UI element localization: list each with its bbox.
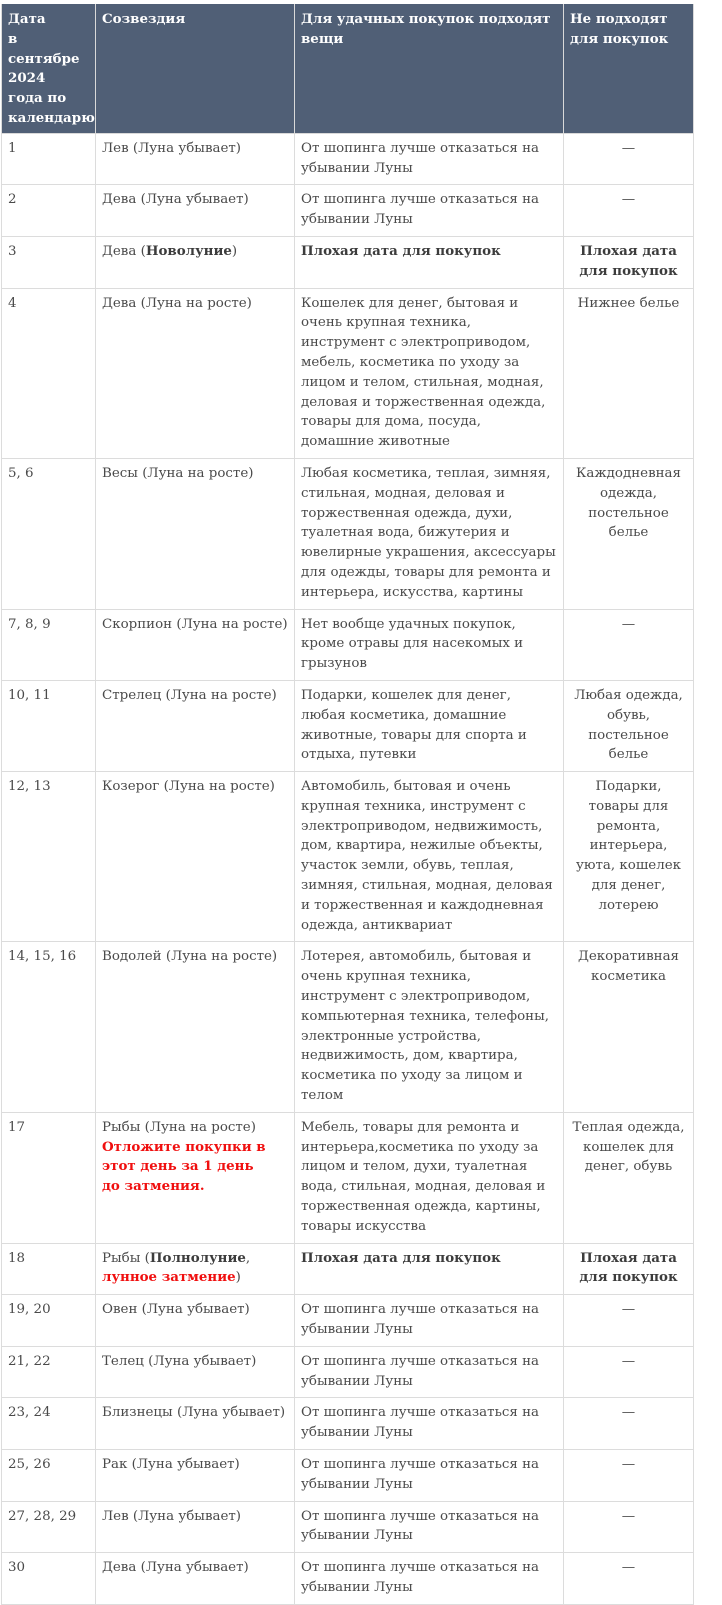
constellation-cell: Рыбы (Луна на росте)Отложите покупки в э…: [96, 1112, 295, 1243]
good-purchases-cell: От шопинга лучше отказаться на убывании …: [295, 1450, 564, 1502]
good-purchases-cell: От шопинга лучше отказаться на убывании …: [295, 1346, 564, 1398]
moon-phase: (Луна на росте): [141, 296, 252, 311]
bad-purchases-cell: Каждодневная одежда, постельное белье: [564, 458, 694, 609]
good-purchases-cell: Нет вообще удачных покупок, кроме отравы…: [295, 609, 564, 680]
date-cell: 25, 26: [2, 1450, 96, 1502]
sign-name: Водолей: [102, 949, 162, 964]
date-cell: 30: [2, 1553, 96, 1586]
table-row: 14, 15, 16Водолей (Луна на росте)Лотерея…: [2, 942, 694, 1112]
date-cell: 4: [2, 288, 96, 458]
table-header-row: Дата в сентябре 2024 года по календарю С…: [2, 4, 694, 133]
good-purchases-cell: Кошелек для денег, бытовая и очень крупн…: [295, 288, 564, 458]
constellation-cell: Дева (Луна убывает): [96, 1553, 295, 1586]
constellation-cell: Дева (Луна на росте): [96, 288, 295, 458]
good-purchases-cell: Мебель, товары для ремонта и интерьера,к…: [295, 1112, 564, 1243]
moon-phase: (Луна убывает): [132, 1457, 240, 1472]
sign-name: Лев: [102, 141, 129, 156]
bad-purchases-cell: —: [564, 133, 694, 185]
table-row: 19, 20Овен (Луна убывает)От шопинга лучш…: [2, 1295, 694, 1347]
table-row: 3Дева (Новолуние)Плохая дата для покупок…: [2, 236, 694, 288]
bad-purchases-cell: —: [564, 1398, 694, 1450]
sign-name: Рыбы: [102, 1120, 140, 1135]
good-purchases-cell: От шопинга лучше отказаться на убывании …: [295, 1398, 564, 1450]
date-cell: 12, 13: [2, 772, 96, 942]
good-purchases-cell: Плохая дата для покупок: [295, 236, 564, 288]
date-cell: 27, 28, 29: [2, 1501, 96, 1553]
table-row: 1Лев (Луна убывает)От шопинга лучше отка…: [2, 133, 694, 185]
eclipse-label: лунное затмение: [102, 1269, 236, 1285]
sign-name: Рак: [102, 1457, 127, 1472]
bad-purchases-cell: —: [564, 185, 694, 237]
sign-name: Дева: [102, 244, 136, 259]
date-cell: 1: [2, 133, 96, 185]
good-purchases-cell: От шопинга лучше отказаться на убывании …: [295, 1553, 564, 1586]
moon-phase: (Луна на росте): [164, 779, 275, 794]
date-cell: 14, 15, 16: [2, 942, 96, 1112]
sign-name: Козерог: [102, 779, 159, 794]
moon-phase: (Луна убывает): [141, 1560, 249, 1575]
table-row: 23, 24Близнецы (Луна убывает)От шопинга …: [2, 1398, 694, 1450]
table-row: 30Дева (Луна убывает)От шопинга лучше от…: [2, 1553, 694, 1586]
bad-purchases-cell: —: [564, 1346, 694, 1398]
good-purchases-cell: От шопинга лучше отказаться на убывании …: [295, 133, 564, 185]
bad-purchases-cell: —: [564, 1295, 694, 1347]
moon-phase: (Луна на росте): [165, 688, 276, 703]
date-cell: 5, 6: [2, 458, 96, 609]
sign-name: Овен: [102, 1302, 137, 1317]
date-cell: 21, 22: [2, 1346, 96, 1398]
table-row: 18Рыбы (Полнолуние,лунное затмение)Плоха…: [2, 1243, 694, 1295]
moon-phase: (Луна на росте): [145, 1120, 256, 1135]
moon-phase: (Луна на росте): [176, 617, 287, 632]
date-cell: 3: [2, 236, 96, 288]
bad-purchases-cell: Плохая дата для покупок: [564, 236, 694, 288]
moon-phase: (Луна убывает): [133, 1509, 241, 1524]
header-date: Дата в сентябре 2024 года по календарю: [2, 4, 96, 133]
constellation-cell: Овен (Луна убывает): [96, 1295, 295, 1347]
constellation-cell: Дева (Луна убывает): [96, 185, 295, 237]
bad-purchases-cell: —: [564, 1501, 694, 1553]
bad-purchases-cell: —: [564, 609, 694, 680]
constellation-cell: Телец (Луна убывает): [96, 1346, 295, 1398]
table-body: 1Лев (Луна убывает)От шопинга лучше отка…: [2, 133, 694, 1586]
good-purchases-cell: Лотерея, автомобиль, бытовая и очень кру…: [295, 942, 564, 1112]
constellation-cell: Козерог (Луна на росте): [96, 772, 295, 942]
moon-phase: (Луна на росте): [166, 949, 277, 964]
constellation-cell: Лев (Луна убывает): [96, 133, 295, 185]
constellation-cell: Рак (Луна убывает): [96, 1450, 295, 1502]
table-row: 25, 26Рак (Луна убывает)От шопинга лучше…: [2, 1450, 694, 1502]
good-purchases-cell: От шопинга лучше отказаться на убывании …: [295, 185, 564, 237]
good-purchases-cell: От шопинга лучше отказаться на убывании …: [295, 1295, 564, 1347]
warning-text: Отложите покупки в этот день за 1 день: [102, 1139, 266, 1175]
sign-name: Скорпион: [102, 617, 172, 632]
date-cell: 23, 24: [2, 1398, 96, 1450]
warning-text: до затмения.: [102, 1178, 204, 1194]
sign-name: Дева: [102, 296, 141, 311]
sign-name: Лев: [102, 1509, 129, 1524]
date-cell: 10, 11: [2, 680, 96, 771]
sign-name: Телец: [102, 1354, 144, 1369]
date-cell: 2: [2, 185, 96, 237]
shopping-calendar-table: Дата в сентябре 2024 года по календарю С…: [1, 4, 694, 1586]
table-row: 21, 22Телец (Луна убывает)От шопинга луч…: [2, 1346, 694, 1398]
good-purchases-cell: Автомобиль, бытовая и очень крупная техн…: [295, 772, 564, 942]
bad-purchases-cell: Декоративная косметика: [564, 942, 694, 1112]
sign-name: Весы: [102, 466, 142, 481]
date-cell: 18: [2, 1243, 96, 1295]
table-row: 2Дева (Луна убывает)От шопинга лучше отк…: [2, 185, 694, 237]
sign-name: Стрелец: [102, 688, 161, 703]
bad-purchases-cell: Теплая одежда, кошелек для денег, обувь: [564, 1112, 694, 1243]
bad-purchases-cell: Подарки, товары для ремонта, интерьера, …: [564, 772, 694, 942]
sign-name: Дева: [102, 192, 136, 207]
moon-phase: Полнолуние: [150, 1250, 246, 1266]
table-row: 5, 6Весы (Луна на росте)Любая косметика,…: [2, 458, 694, 609]
header-good-purchases: Для удачных покупок подходят вещи: [295, 4, 564, 133]
constellation-cell: Весы (Луна на росте): [96, 458, 295, 609]
bad-purchases-cell: Плохая дата для покупок: [564, 1243, 694, 1295]
sign-name: Близнецы: [102, 1405, 173, 1420]
date-cell: 17: [2, 1112, 96, 1243]
good-purchases-cell: Плохая дата для покупок: [295, 1243, 564, 1295]
constellation-cell: Водолей (Луна на росте): [96, 942, 295, 1112]
moon-phase: (Луна убывает): [148, 1354, 256, 1369]
good-purchases-cell: Любая косметика, теплая, зимняя, стильна…: [295, 458, 564, 609]
bad-purchases-cell: Любая одежда, обувь, постельное белье: [564, 680, 694, 771]
good-purchases-cell: Подарки, кошелек для денег, любая космет…: [295, 680, 564, 771]
constellation-cell: Стрелец (Луна на росте): [96, 680, 295, 771]
moon-phase: (Луна убывает): [177, 1405, 285, 1420]
bad-purchases-cell: Нижнее белье: [564, 288, 694, 458]
constellation-cell: Близнецы (Луна убывает): [96, 1398, 295, 1450]
table-row: 4Дева (Луна на росте)Кошелек для денег, …: [2, 288, 694, 458]
moon-phase: (Луна убывает): [133, 141, 241, 156]
moon-phase: (Луна убывает): [142, 1302, 250, 1317]
table-row: 27, 28, 29Лев (Луна убывает)От шопинга л…: [2, 1501, 694, 1553]
sign-name: Дева: [102, 1560, 136, 1575]
bad-purchases-cell: —: [564, 1553, 694, 1586]
good-purchases-cell: От шопинга лучше отказаться на убывании …: [295, 1501, 564, 1553]
header-bad-purchases: Не подходят для покупок: [564, 4, 694, 133]
moon-phase: (Луна убывает): [141, 192, 249, 207]
constellation-cell: Рыбы (Полнолуние,лунное затмение): [96, 1243, 295, 1295]
constellation-cell: Лев (Луна убывает): [96, 1501, 295, 1553]
table-row: 7, 8, 9Скорпион (Луна на росте)Нет вообщ…: [2, 609, 694, 680]
date-cell: 7, 8, 9: [2, 609, 96, 680]
table-row: 12, 13Козерог (Луна на росте)Автомобиль,…: [2, 772, 694, 942]
header-constellation: Созвездия: [96, 4, 295, 133]
constellation-cell: Дева (Новолуние): [96, 236, 295, 288]
bad-purchases-cell: —: [564, 1450, 694, 1502]
sign-name: Рыбы: [102, 1251, 140, 1266]
constellation-cell: Скорпион (Луна на росте): [96, 609, 295, 680]
moon-phase: Новолуние: [146, 243, 232, 259]
moon-phase: (Луна на росте): [142, 466, 253, 481]
table-row: 17Рыбы (Луна на росте)Отложите покупки в…: [2, 1112, 694, 1243]
table-row: 10, 11Стрелец (Луна на росте)Подарки, ко…: [2, 680, 694, 771]
date-cell: 19, 20: [2, 1295, 96, 1347]
